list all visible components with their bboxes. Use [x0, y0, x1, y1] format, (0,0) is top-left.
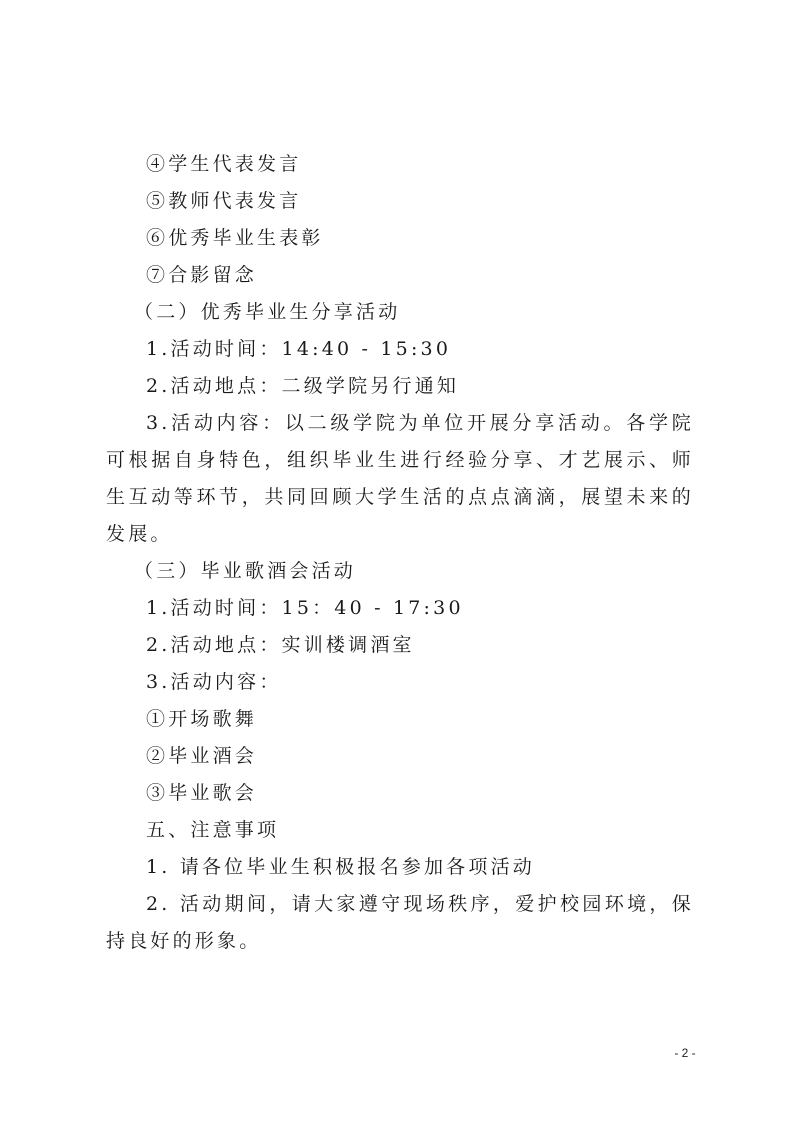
notes-item-2: 2. 活动期间，请大家遵守现场秩序，爱护校园环境，保持良好的形象。 — [106, 886, 694, 960]
section-2-heading: （二）优秀毕业生分享活动 — [106, 294, 694, 331]
section-3-item-3: ③毕业歌会 — [106, 775, 694, 812]
document-page: ④学生代表发言 ⑤教师代表发言 ⑥优秀毕业生表彰 ⑦合影留念 （二）优秀毕业生分… — [0, 0, 793, 1122]
section-3-heading: （三）毕业歌酒会活动 — [106, 553, 694, 590]
section-3-content-label: 3.活动内容： — [106, 664, 694, 701]
section-2-content: 3.活动内容：以二级学院为单位开展分享活动。各学院可根据自身特色，组织毕业生进行… — [106, 405, 694, 553]
section-3-place: 2.活动地点：实训楼调酒室 — [106, 627, 694, 664]
agenda-item-5: ⑤教师代表发言 — [106, 183, 694, 220]
section-2-place: 2.活动地点：二级学院另行通知 — [106, 368, 694, 405]
section-3-item-1: ①开场歌舞 — [106, 701, 694, 738]
agenda-item-6: ⑥优秀毕业生表彰 — [106, 220, 694, 257]
agenda-item-7: ⑦合影留念 — [106, 257, 694, 294]
notes-item-1: 1. 请各位毕业生积极报名参加各项活动 — [106, 849, 694, 886]
section-2-time: 1.活动时间：14:40 - 15:30 — [106, 331, 694, 368]
notes-heading: 五、注意事项 — [106, 812, 694, 849]
section-3-time: 1.活动时间：15：40 - 17:30 — [106, 590, 694, 627]
page-number: - 2 - — [660, 1046, 710, 1060]
agenda-item-4: ④学生代表发言 — [106, 146, 694, 183]
section-3-item-2: ②毕业酒会 — [106, 738, 694, 775]
document-body: ④学生代表发言 ⑤教师代表发言 ⑥优秀毕业生表彰 ⑦合影留念 （二）优秀毕业生分… — [106, 146, 694, 960]
